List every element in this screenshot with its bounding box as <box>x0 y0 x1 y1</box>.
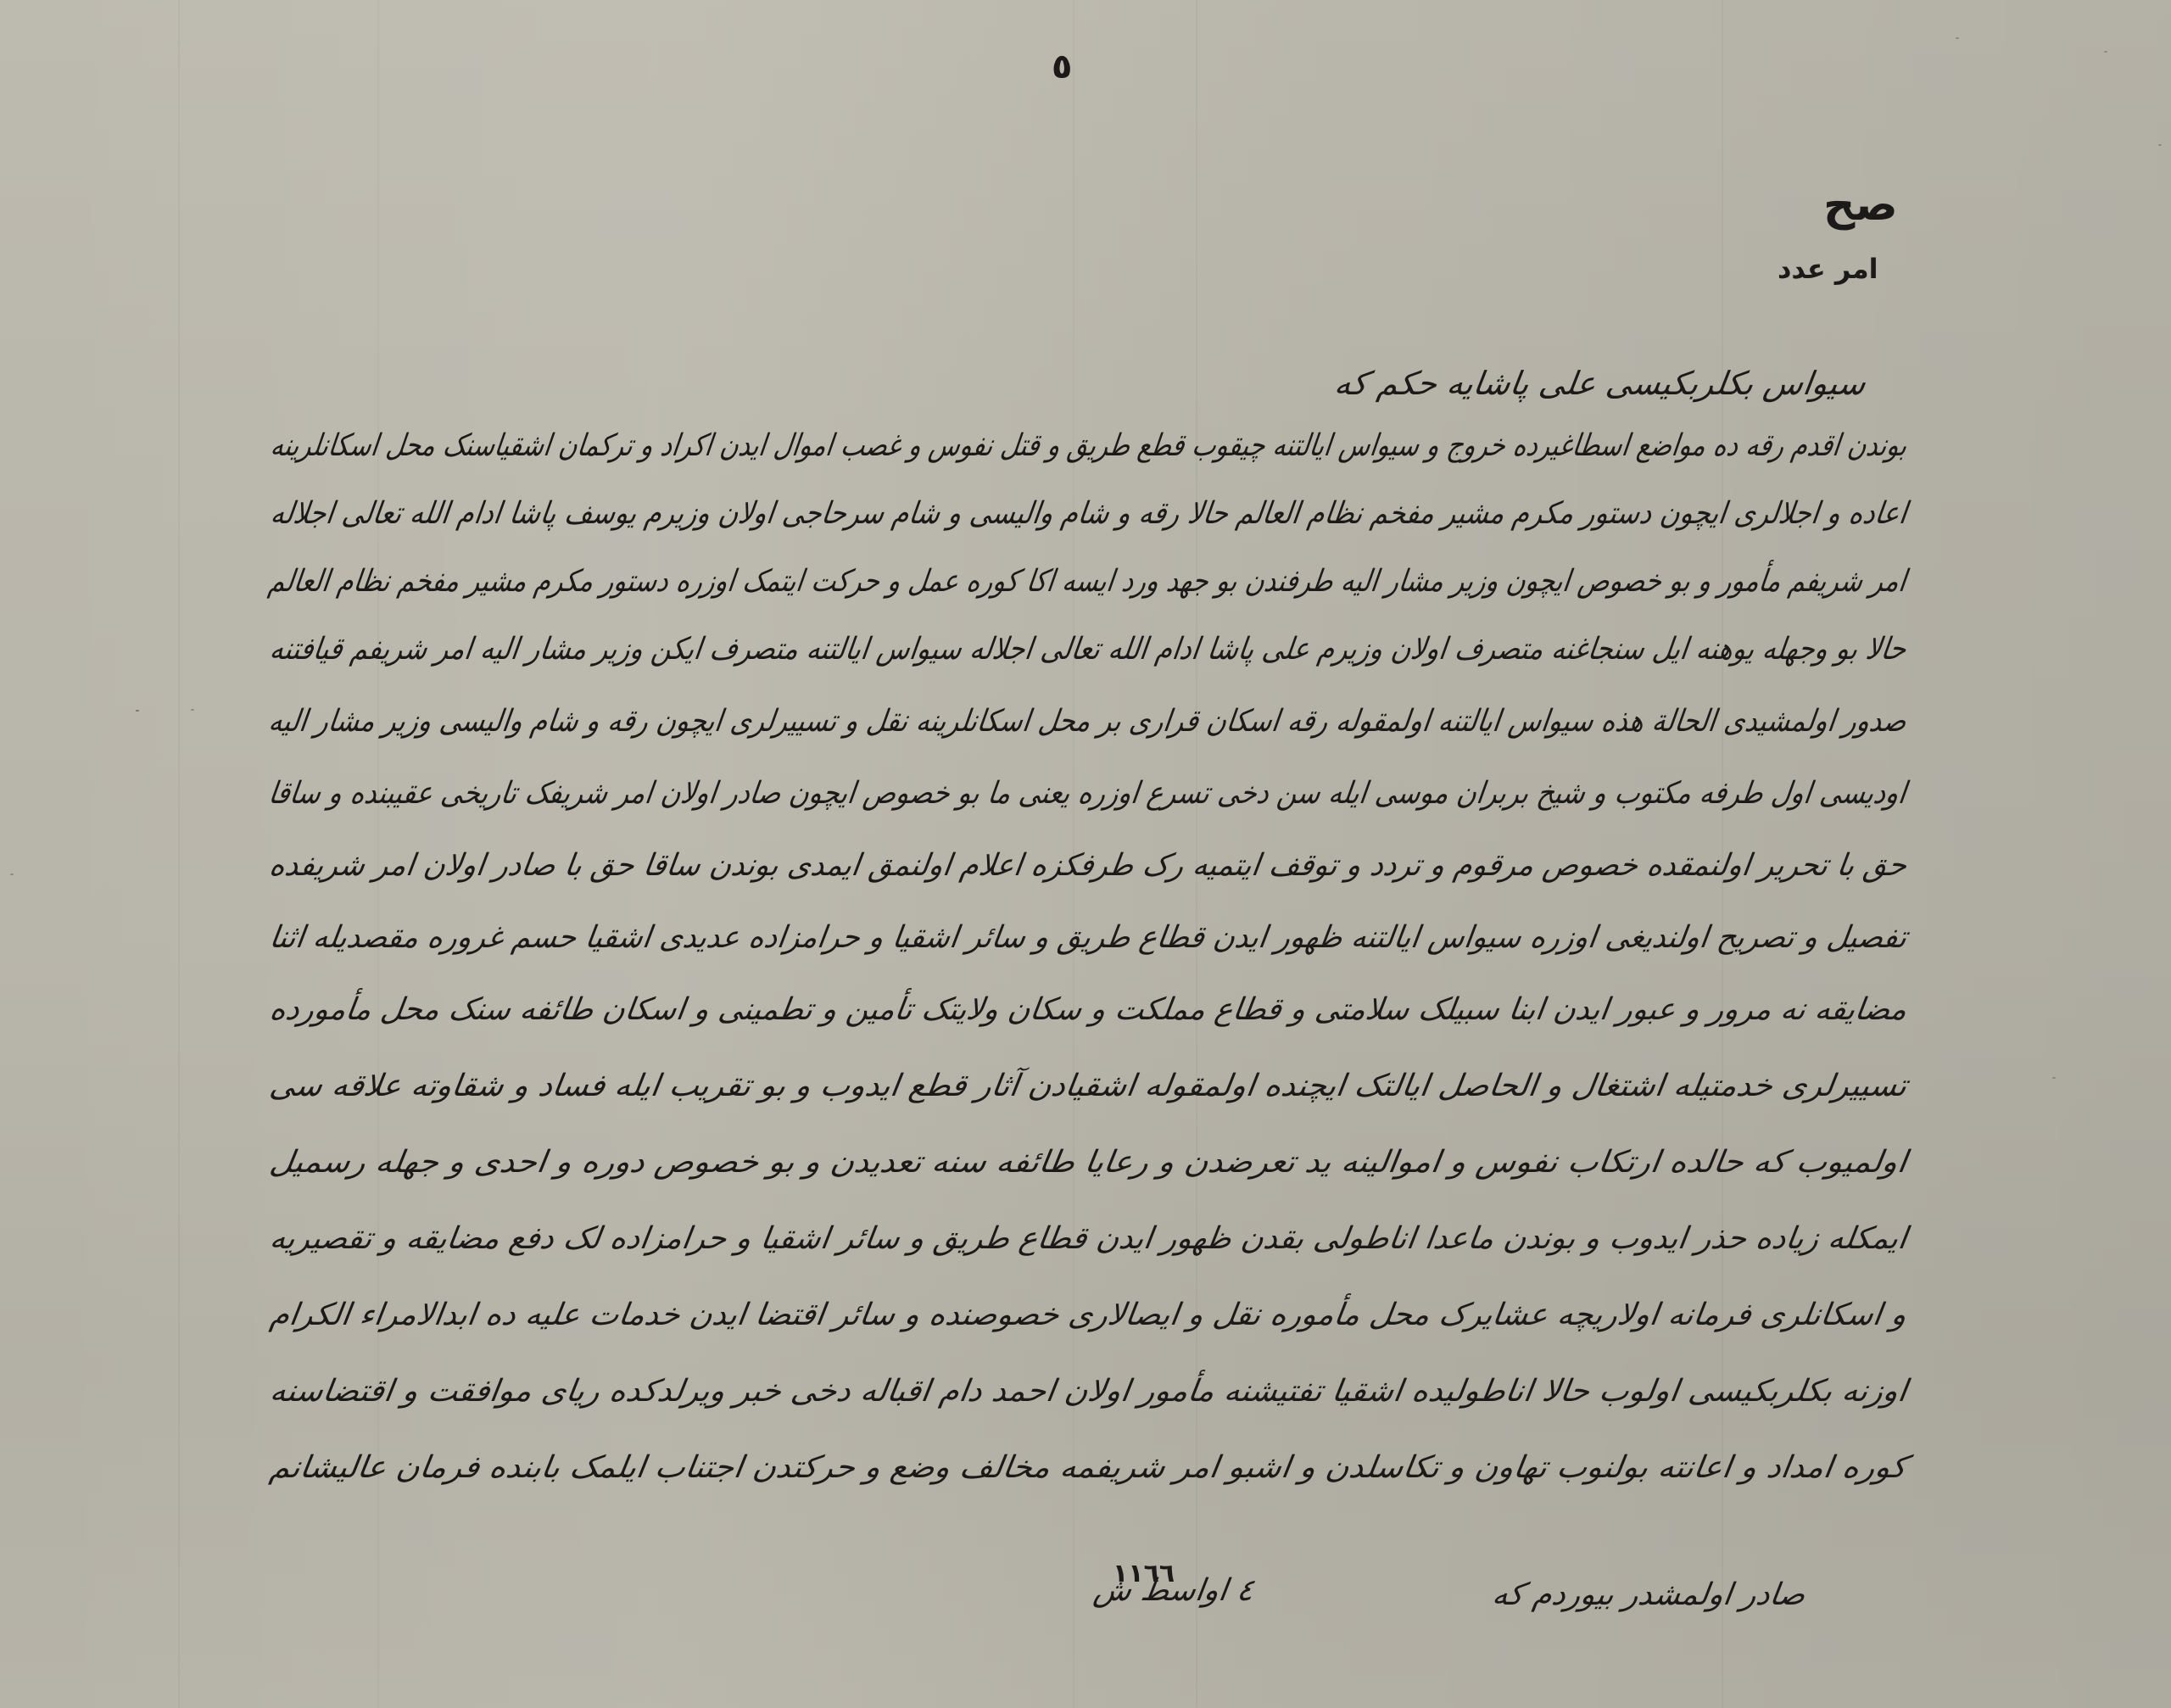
text-line-2: اعاده و اجلالری ایچون دستور مکرم مشیر مف… <box>268 496 1909 531</box>
text-line-14: اوزنه بکلربکیسی اولوب حالا اناطولیده اشق… <box>267 1374 1909 1409</box>
text-line-15: کوره امداد و اعانته بولنوب تهاون و تکاسل… <box>268 1450 1909 1485</box>
closing-formula: صادر اولمشدر بیوردم که <box>1490 1577 1807 1612</box>
header-word: امر عدد <box>1778 253 1878 285</box>
paper-streak <box>178 0 180 1708</box>
text-line-9: مضایقه نه مرور و عبور ایدن ابنا سبیلک سل… <box>267 992 1909 1027</box>
text-line-13: و اسکانلری فرمانه اولاریچه عشایرک محل مأ… <box>268 1298 1909 1332</box>
text-line-12: ایمکله زیاده حذر ایدوب و بوندن ماعدا انا… <box>267 1221 1909 1256</box>
paper-speck <box>2104 51 2107 53</box>
addressee-line: سیواس بکلربکیسی علی پاشایه حکم که <box>1332 365 1868 402</box>
text-line-3: امر شریفم مأمور و بو خصوص ایچون وزیر مشا… <box>267 564 1909 599</box>
text-line-11: اولمیوب که حالده ارتکاب نفوس و اموالینه … <box>267 1145 1909 1180</box>
text-line-6: اودیسی اول طرفه مکتوب و شیخ بربران موسی … <box>267 776 1909 811</box>
text-line-4: حالا بو وجهله یوهنه ایل سنجاغنه متصرف او… <box>268 632 1909 667</box>
text-line-1: بوندن اقدم رقه ده مواضع اسطاغیرده خروج و… <box>268 428 1909 463</box>
paper-speck <box>2158 144 2162 146</box>
sah-mark: صح <box>1823 180 1898 231</box>
paper-speck <box>136 710 139 712</box>
date-year: ١١٦٦ <box>1113 1559 1175 1588</box>
text-line-10: تسییرلری خدمتیله اشتغال و الحاصل ایالتک … <box>267 1069 1909 1103</box>
text-line-7: حق با تحریر اولنمقده خصوص مرقوم و تردد و… <box>267 848 1909 883</box>
page-number: ٥ <box>1052 47 1072 87</box>
paper-speck <box>10 874 14 875</box>
paper-speck <box>2052 1077 2056 1079</box>
text-line-5: صدور اولمشیدی الحالة هذه سیواس ایالتنه ا… <box>267 704 1909 739</box>
text-line-8: تفصیل و تصریح اولندیغی اوزره سیواس ایالت… <box>267 920 1909 955</box>
paper-speck <box>191 709 194 711</box>
paper-speck <box>1956 37 1959 39</box>
